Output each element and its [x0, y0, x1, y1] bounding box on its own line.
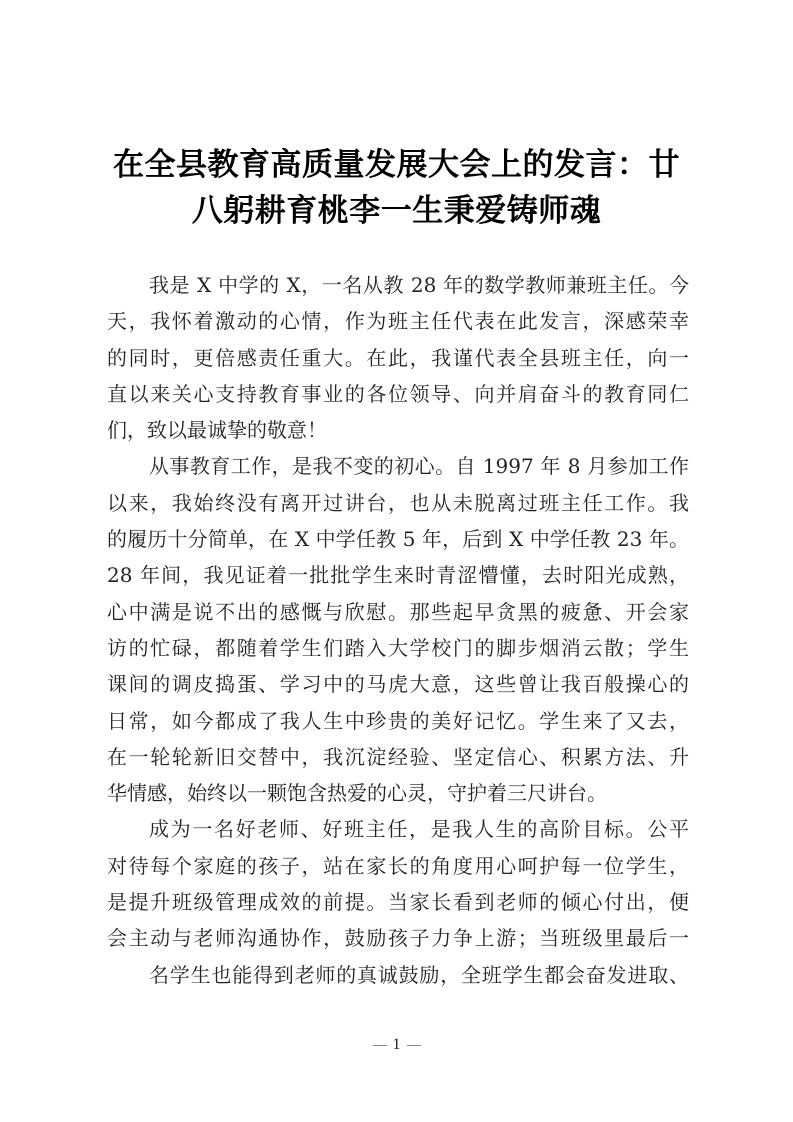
document-body: 我是 X 中学的 X，一名从教 28 年的数学教师兼班主任。今天，我怀着激动的心…: [107, 267, 689, 993]
body-line: 们，致以最诚挚的敬意！: [107, 412, 689, 448]
body-line: 28 年间，我见证着一批批学生来时青涩懵懂，去时阳光成熟，: [107, 557, 689, 593]
body-line: 会主动与老师沟通协作，鼓励孩子力争上游；当班级里最后一: [107, 920, 689, 956]
page-number: 1: [0, 1036, 793, 1054]
body-line: 是提升班级管理成效的前提。当家长看到老师的倾心付出，便: [107, 884, 689, 920]
document-title: 在全县教育高质量发展大会上的发言：廿 八躬耕育桃李一生秉爱铸师魂: [100, 142, 693, 234]
body-line: 华情感，始终以一颗饱含热爱的心灵，守护着三尺讲台。: [107, 775, 689, 811]
body-line: 以来，我始终没有离开过讲台，也从未脱离过班主任工作。我: [107, 485, 689, 521]
body-line: 对待每个家庭的孩子，站在家长的角度用心呵护每一位学生，: [107, 848, 689, 884]
body-line: 在一轮轮新旧交替中，我沉淀经验、坚定信心、积累方法、升: [107, 739, 689, 775]
body-line: 天，我怀着激动的心情，作为班主任代表在此发言，深感荣幸: [107, 303, 689, 339]
body-line: 直以来关心支持教育事业的各位领导、向并肩奋斗的教育同仁: [107, 376, 689, 412]
body-line: 的同时，更倍感责任重大。在此，我谨代表全县班主任，向一: [107, 340, 689, 376]
body-line: 名学生也能得到老师的真诚鼓励，全班学生都会奋发进取、: [107, 957, 689, 993]
body-line: 成为一名好老师、好班主任，是我人生的高阶目标。公平: [107, 811, 689, 847]
body-line: 从事教育工作，是我不变的初心。自 1997 年 8 月参加工作: [107, 448, 689, 484]
body-line: 课间的调皮捣蛋、学习中的马虎大意，这些曾让我百般操心的: [107, 666, 689, 702]
title-line-1: 在全县教育高质量发展大会上的发言：廿: [100, 142, 693, 188]
body-line: 日常，如今都成了我人生中珍贵的美好记忆。学生来了又去，: [107, 703, 689, 739]
page-number-dash-right: [407, 1045, 421, 1046]
page-number-value: 1: [393, 1036, 401, 1053]
body-line: 心中满是说不出的感慨与欣慰。那些起早贪黑的疲惫、开会家: [107, 594, 689, 630]
body-line: 的履历十分简单，在 X 中学任教 5 年，后到 X 中学任教 23 年。: [107, 521, 689, 557]
body-line: 访的忙碌，都随着学生们踏入大学校门的脚步烟消云散；学生: [107, 630, 689, 666]
page-number-dash-left: [373, 1045, 387, 1046]
title-line-2: 八躬耕育桃李一生秉爱铸师魂: [100, 188, 693, 234]
body-line: 我是 X 中学的 X，一名从教 28 年的数学教师兼班主任。今: [107, 267, 689, 303]
document-page: 在全县教育高质量发展大会上的发言：廿 八躬耕育桃李一生秉爱铸师魂 我是 X 中学…: [0, 0, 793, 1122]
